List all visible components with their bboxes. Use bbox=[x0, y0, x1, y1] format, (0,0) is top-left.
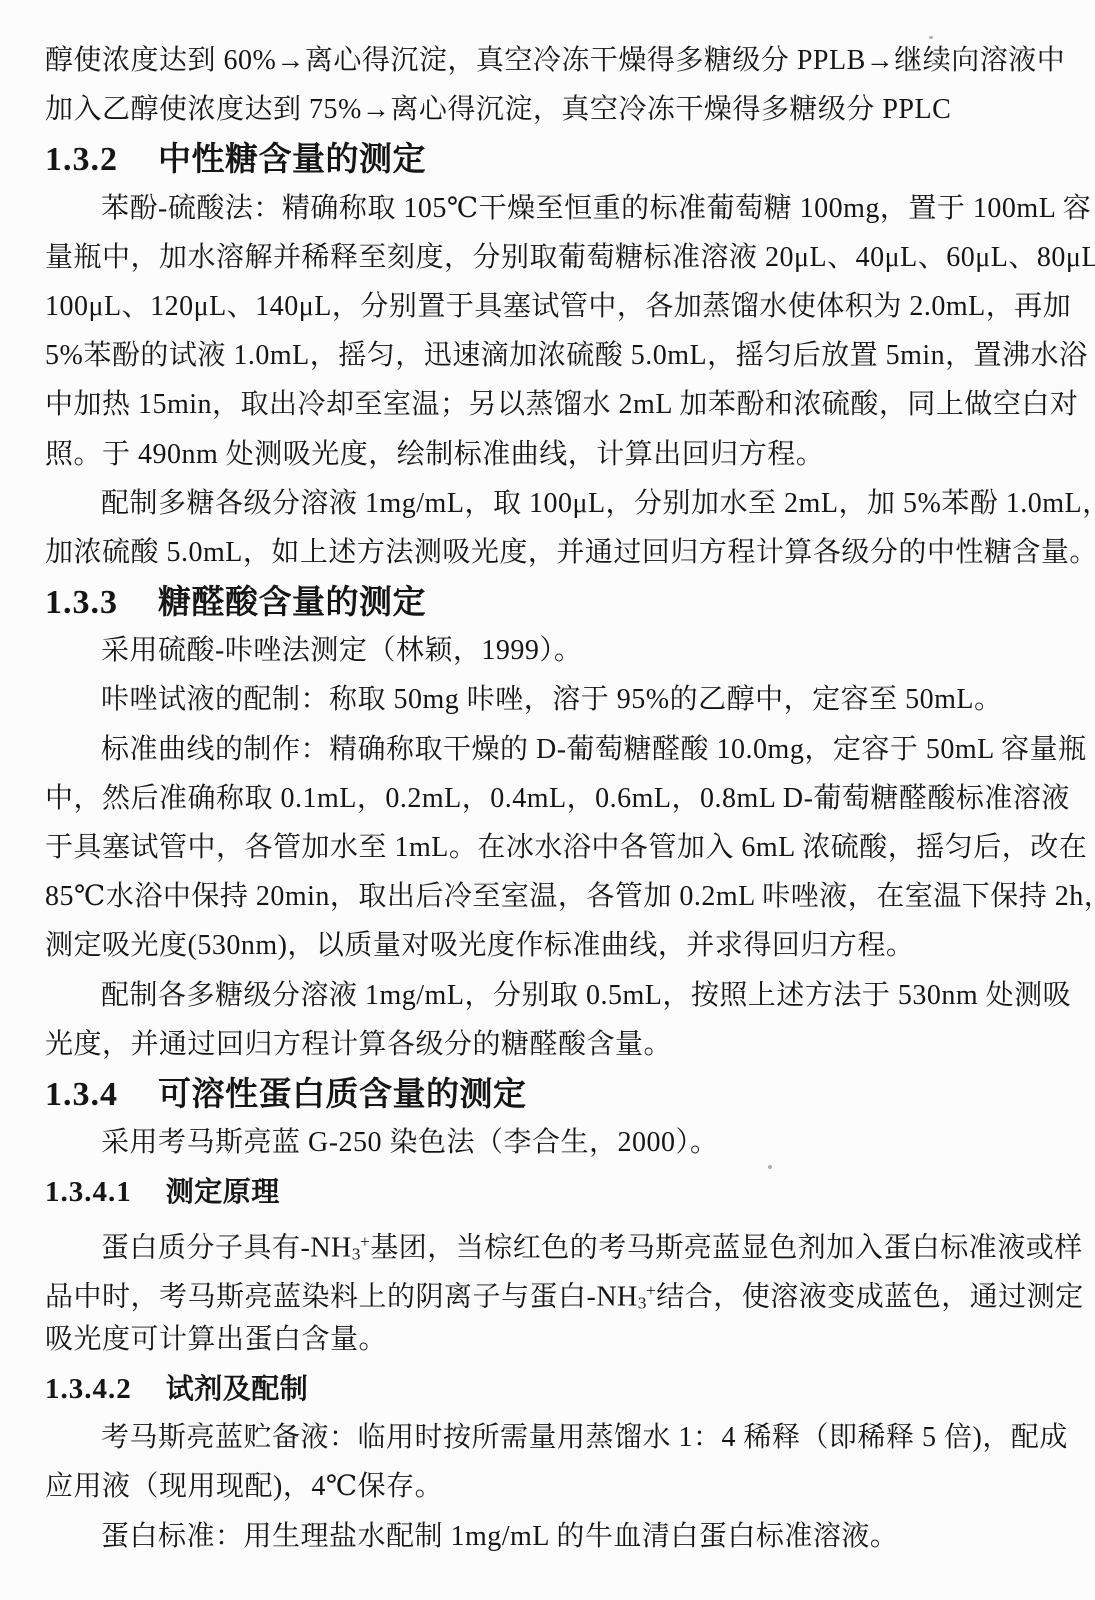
text-line: 100μL、120μL、140μL，分别置于具塞试管中，各加蒸馏水使体积为 2.… bbox=[45, 282, 1051, 331]
heading-title: 测定原理 bbox=[166, 1175, 280, 1208]
text-line: 测定吸光度(530nm)，以质量对吸光度作标准曲线，并求得回归方程。 bbox=[45, 921, 1051, 970]
text-line: 85℃水浴中保持 20min，取出后冷至室温，各管加 0.2mL 咔唑液，在室温… bbox=[45, 872, 1051, 921]
heading-1-3-2: 1.3.2中性糖含量的测定 bbox=[45, 134, 1051, 183]
heading-1-3-4-1: 1.3.4.1测定原理 bbox=[45, 1167, 1051, 1216]
paragraph-first-line: 配制各多糖级分溶液 1mg/mL，分别取 0.5mL，按照上述方法于 530nm… bbox=[45, 971, 1051, 1020]
heading-1-3-4: 1.3.4可溶性蛋白质含量的测定 bbox=[45, 1069, 1051, 1118]
chem-superscript: + bbox=[646, 1281, 656, 1300]
scan-speck bbox=[929, 36, 933, 39]
paragraph-first-line: 考马斯亮蓝贮备液：临用时按所需量用蒸馏水 1：4 稀释（即稀释 5 倍)，配成 bbox=[45, 1413, 1051, 1462]
text-line: 品中时，考马斯亮蓝染料上的阴离子与蛋白-NH3+结合，使溶液变成蓝色，通过测定 bbox=[45, 1266, 1051, 1315]
chem-superscript: + bbox=[360, 1232, 370, 1251]
heading-1-3-3: 1.3.3糖醛酸含量的测定 bbox=[45, 577, 1051, 626]
paragraph-first-line: 苯酚-硫酸法：精确称取 105℃干燥至恒重的标准葡萄糖 100mg，置于 100… bbox=[45, 184, 1051, 233]
text-line: 加入乙醇使浓度达到 75%→离心得沉淀，真空冷冻干燥得多糖级分 PPLC bbox=[45, 85, 1051, 134]
text-line: 应用液（现用现配)，4℃保存。 bbox=[45, 1462, 1051, 1511]
text-segment: 基团，当棕红色的考马斯亮蓝显色剂加入蛋白标准液或样 bbox=[370, 1232, 1083, 1263]
heading-number: 1.3.3 bbox=[45, 584, 118, 621]
paragraph-first-line: 采用硫酸-咔唑法测定（林颖，1999）。 bbox=[45, 626, 1051, 675]
text-line: 5%苯酚的试液 1.0mL，摇匀，迅速滴加浓硫酸 5.0mL，摇匀后放置 5mi… bbox=[45, 331, 1051, 380]
paragraph-first-line: 配制多糖各级分溶液 1mg/mL，取 100μL，分别加水至 2mL，加 5%苯… bbox=[45, 479, 1051, 528]
heading-title: 可溶性蛋白质含量的测定 bbox=[158, 1074, 527, 1113]
text-segment: 品中时，考马斯亮蓝染料上的阴离子与蛋白-NH bbox=[45, 1281, 638, 1312]
heading-1-3-4-2: 1.3.4.2试剂及配制 bbox=[45, 1364, 1051, 1413]
paragraph-first-line: 蛋白质分子具有-NH3+基团，当棕红色的考马斯亮蓝显色剂加入蛋白标准液或样 bbox=[45, 1217, 1051, 1266]
text-segment: 结合，使溶液变成蓝色，通过测定 bbox=[656, 1281, 1084, 1312]
heading-title: 试剂及配制 bbox=[166, 1372, 309, 1405]
text-line: 中加热 15min，取出冷却至室温；另以蒸馏水 2mL 加苯酚和浓硫酸，同上做空… bbox=[45, 380, 1051, 429]
text-line: 中，然后准确称取 0.1mL，0.2mL，0.4mL，0.6mL，0.8mL D… bbox=[45, 774, 1051, 823]
page-content: 醇使浓度达到 60%→离心得沉淀，真空冷冻干燥得多糖级分 PPLB→继续向溶液中… bbox=[45, 36, 1051, 1561]
paragraph-first-line: 采用考马斯亮蓝 G-250 染色法（李合生，2000）。 bbox=[45, 1118, 1051, 1167]
text-line: 加浓硫酸 5.0mL，如上述方法测吸光度，并通过回归方程计算各级分的中性糖含量。 bbox=[45, 528, 1051, 577]
paragraph-first-line: 咔唑试液的配制：称取 50mg 咔唑，溶于 95%的乙醇中，定容至 50mL。 bbox=[45, 675, 1051, 724]
heading-title: 糖醛酸含量的测定 bbox=[158, 582, 426, 621]
text-line: 醇使浓度达到 60%→离心得沉淀，真空冷冻干燥得多糖级分 PPLB→继续向溶液中 bbox=[45, 36, 1051, 85]
text-line: 吸光度可计算出蛋白含量。 bbox=[45, 1315, 1051, 1364]
paragraph-first-line: 标准曲线的制作：精确称取干燥的 D-葡萄糖醛酸 10.0mg，定容于 50mL … bbox=[45, 725, 1051, 774]
text-line: 光度，并通过回归方程计算各级分的糖醛酸含量。 bbox=[45, 1020, 1051, 1069]
text-segment: 蛋白质分子具有-NH bbox=[101, 1232, 352, 1263]
text-line: 于具塞试管中，各管加水至 1mL。在冰水浴中各管加入 6mL 浓硫酸，摇匀后，改… bbox=[45, 823, 1051, 872]
paragraph-first-line: 蛋白标准：用生理盐水配制 1mg/mL 的牛血清白蛋白标准溶液。 bbox=[45, 1512, 1051, 1561]
heading-number: 1.3.2 bbox=[45, 141, 118, 178]
heading-title: 中性糖含量的测定 bbox=[158, 139, 426, 178]
text-line: 照。于 490nm 处测吸光度，绘制标准曲线，计算出回归方程。 bbox=[45, 430, 1051, 479]
heading-number: 1.3.4 bbox=[45, 1076, 118, 1113]
document-page: 醇使浓度达到 60%→离心得沉淀，真空冷冻干燥得多糖级分 PPLB→继续向溶液中… bbox=[0, 0, 1095, 1600]
heading-number: 1.3.4.2 bbox=[45, 1373, 132, 1405]
scan-speck bbox=[768, 1165, 772, 1169]
scan-speck bbox=[778, 446, 782, 450]
text-line: 量瓶中，加水溶解并稀释至刻度，分别取葡萄糖标准溶液 20μL、40μL、60μL… bbox=[45, 233, 1051, 282]
heading-number: 1.3.4.1 bbox=[45, 1176, 132, 1208]
